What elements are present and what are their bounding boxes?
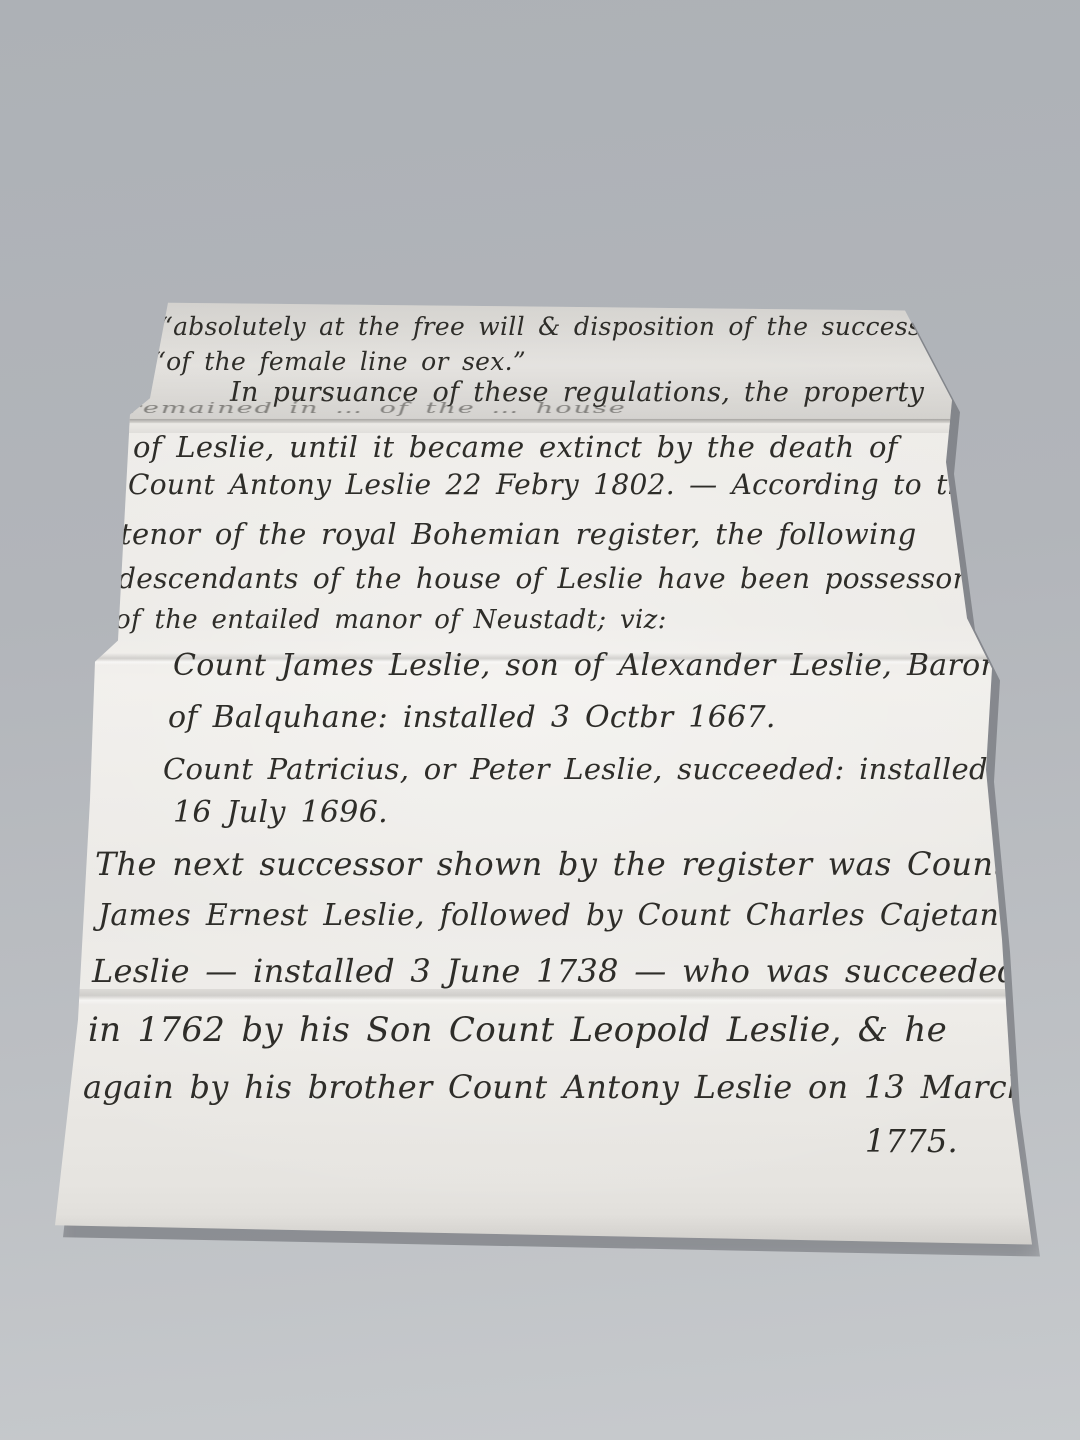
handwritten-line: again by his brother Count Antony Leslie… [83,1068,1028,1106]
letter-photo: “absolutely at the free will & dispositi… [40,295,1040,1260]
photo-background: “absolutely at the free will & dispositi… [0,0,1080,1440]
handwritten-line: in 1762 by his Son Count Leopold Leslie,… [88,1010,947,1050]
handwritten-line: Leslie — installed 3 June 1738 — who was… [92,952,1018,990]
handwritten-line: Count James Leslie, son of Alexander Les… [173,648,1000,683]
handwritten-line: James Ernest Leslie, followed by Count C… [98,898,999,933]
handwritten-line: of the entailed manor of Neustadt; viz: [115,605,667,635]
handwritten-line: tenor of the royal Bohemian register, th… [120,517,916,551]
handwritten-line: 16 July 1696. [173,795,388,830]
fold-crease-lower [40,989,1040,1005]
handwritten-line-date: 1775. [865,1122,958,1160]
handwritten-line: Count Antony Leslie 22 Febry 1802. — Acc… [128,468,983,501]
handwritten-line: The next successor shown by the register… [95,845,1006,883]
letter-paper: “absolutely at the free will & dispositi… [40,295,1040,1260]
handwritten-line: Count Patricius, or Peter Leslie, succee… [163,752,988,786]
handwritten-line: “absolutely at the free will & dispositi… [160,312,949,341]
handwritten-line: of Leslie, until it became extinct by th… [133,430,898,464]
handwritten-line-obscured-by-fold: remained in … of the … house [128,400,627,417]
handwritten-line: of Balquhane: installed 3 Octbr 1667. [168,700,776,735]
handwritten-line: “of the female line or sex.” [153,347,526,376]
handwritten-line: descendants of the house of Leslie have … [118,562,981,595]
